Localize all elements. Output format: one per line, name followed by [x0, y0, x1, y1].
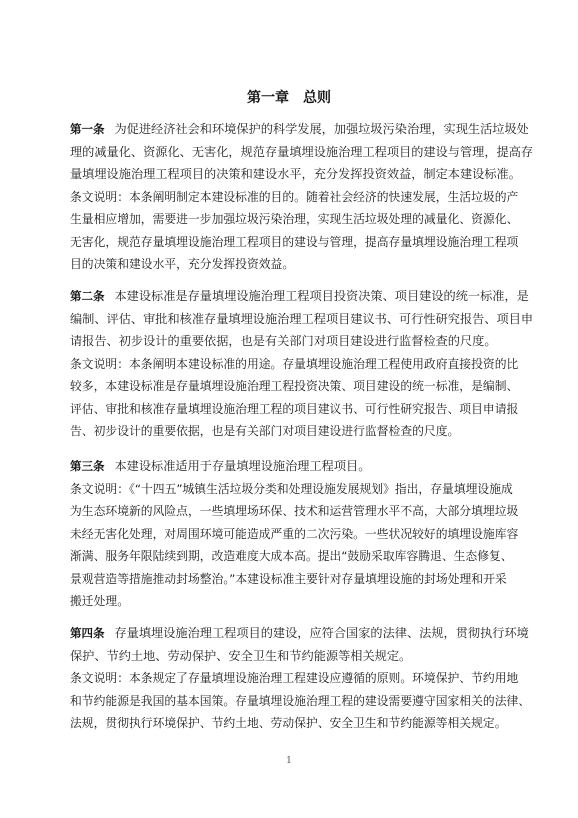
explanation-line: 目的决策和建设水平，充分发挥投资效益。: [70, 253, 510, 276]
article-1: 第一条为促进经济社会和环境保护的科学发展，加强垃圾污染治理，实现生活垃圾处 理的…: [70, 118, 510, 276]
explanation-line: 告、初步设计的重要依据，也是有关部门对项目建设进行监督检查的尺度。: [70, 420, 510, 443]
article-label: 第四条: [70, 626, 105, 640]
explanation-line: 无害化，规范存量填埋设施治理工程项目的建设与管理，提高存量填埋设施治理工程项: [70, 231, 510, 254]
explanation-line: 生量相应增加，需要进一步加强垃圾污染治理，实现生活垃圾处理的减量化、资源化、: [70, 208, 510, 231]
article-label: 第三条: [70, 459, 105, 473]
chapter-title: 第一章 总则: [0, 87, 578, 107]
article-label: 第一条: [70, 122, 105, 136]
article-text-line: 编制、评估、审批和核准存量填埋设施治理工程项目建议书、可行性研究报告、项目申: [70, 308, 510, 331]
explanation-line: 未经无害化处理，对周围环境可能造成严重的二次污染。一些状况较好的填埋设施库容: [70, 523, 510, 546]
explanation-line: 较多，本建设标准是存量填埋设施治理工程投资决策、项目建设的统一标准，是编制、: [70, 375, 510, 398]
document-page: 第一章 总则 第一条为促进经济社会和环境保护的科学发展，加强垃圾污染治理，实现生…: [0, 0, 578, 818]
article-text-line: 请报告、初步设计的重要依据，也是有关部门对项目建设进行监督检查的尺度。: [70, 330, 510, 353]
article-3: 第三条本建设标准适用于存量填埋设施治理工程项目。 条文说明：《“十四五”城镇生活…: [70, 455, 510, 613]
explanation-line: 搬迁处理。: [70, 590, 510, 613]
explanation-line: 景观营造等措施推动封场整治。”本建设标准主要针对存量填埋设施的封场处理和开采: [70, 568, 510, 591]
explanation-line: 和节约能源是我国的基本国策。存量填埋设施治理工程的建设需要遵守国家相关的法律、: [70, 690, 510, 713]
explanation-line: 条文说明：本条规定了存量填埋设施治理工程建设应遵循的原则。环境保护、节约用地: [70, 667, 510, 690]
explanation-line: 条文说明：《“十四五”城镇生活垃圾分类和处理设施发展规划》指出，存量填埋设施成: [70, 478, 510, 501]
explanation-line: 评估、审批和核准存量填埋设施治理工程的项目建议书、可行性研究报告、项目申请报: [70, 398, 510, 421]
article-text-line: 第二条本建设标准是存量填埋设施治理工程项目投资决策、项目建设的统一标准，是: [70, 285, 510, 308]
article-label: 第二条: [70, 289, 105, 303]
explanation-line: 条文说明：本条阐明本建设标准的用途。存量填埋设施治理工程使用政府直接投资的比: [70, 353, 510, 376]
article-text-line: 保护、节约土地、劳动保护、安全卫生和节约能源等相关规定。: [70, 645, 510, 668]
explanation-line: 条文说明：本条阐明制定本建设标准的目的。随着社会经济的快速发展，生活垃圾的产: [70, 186, 510, 209]
explanation-line: 渐满、服务年限陆续到期，改造难度大成本高。提出“鼓励采取库容腾退、生态修复、: [70, 545, 510, 568]
article-text-line: 理的减量化、资源化、无害化，规范存量填埋设施治理工程项目的建设与管理，提高存: [70, 141, 510, 164]
article-text-line: 第三条本建设标准适用于存量填埋设施治理工程项目。: [70, 455, 510, 478]
page-number: 1: [0, 756, 578, 766]
explanation-line: 为生态环境新的风险点，一些填埋场环保、技术和运营管理水平不高，大部分填埋垃圾: [70, 500, 510, 523]
article-2: 第二条本建设标准是存量填埋设施治理工程项目投资决策、项目建设的统一标准，是 编制…: [70, 285, 510, 443]
article-4: 第四条存量填埋设施治理工程项目的建设，应符合国家的法律、法规，贯彻执行环境 保护…: [70, 622, 510, 735]
article-text-line: 第一条为促进经济社会和环境保护的科学发展，加强垃圾污染治理，实现生活垃圾处: [70, 118, 510, 141]
article-text-line: 量填埋设施治理工程项目的决策和建设水平，充分发挥投资效益，制定本建设标准。: [70, 163, 510, 186]
explanation-line: 法规，贯彻执行环境保护、节约土地、劳动保护、安全卫生和节约能源等相关规定。: [70, 712, 510, 735]
article-text-line: 第四条存量填埋设施治理工程项目的建设，应符合国家的法律、法规，贯彻执行环境: [70, 622, 510, 645]
